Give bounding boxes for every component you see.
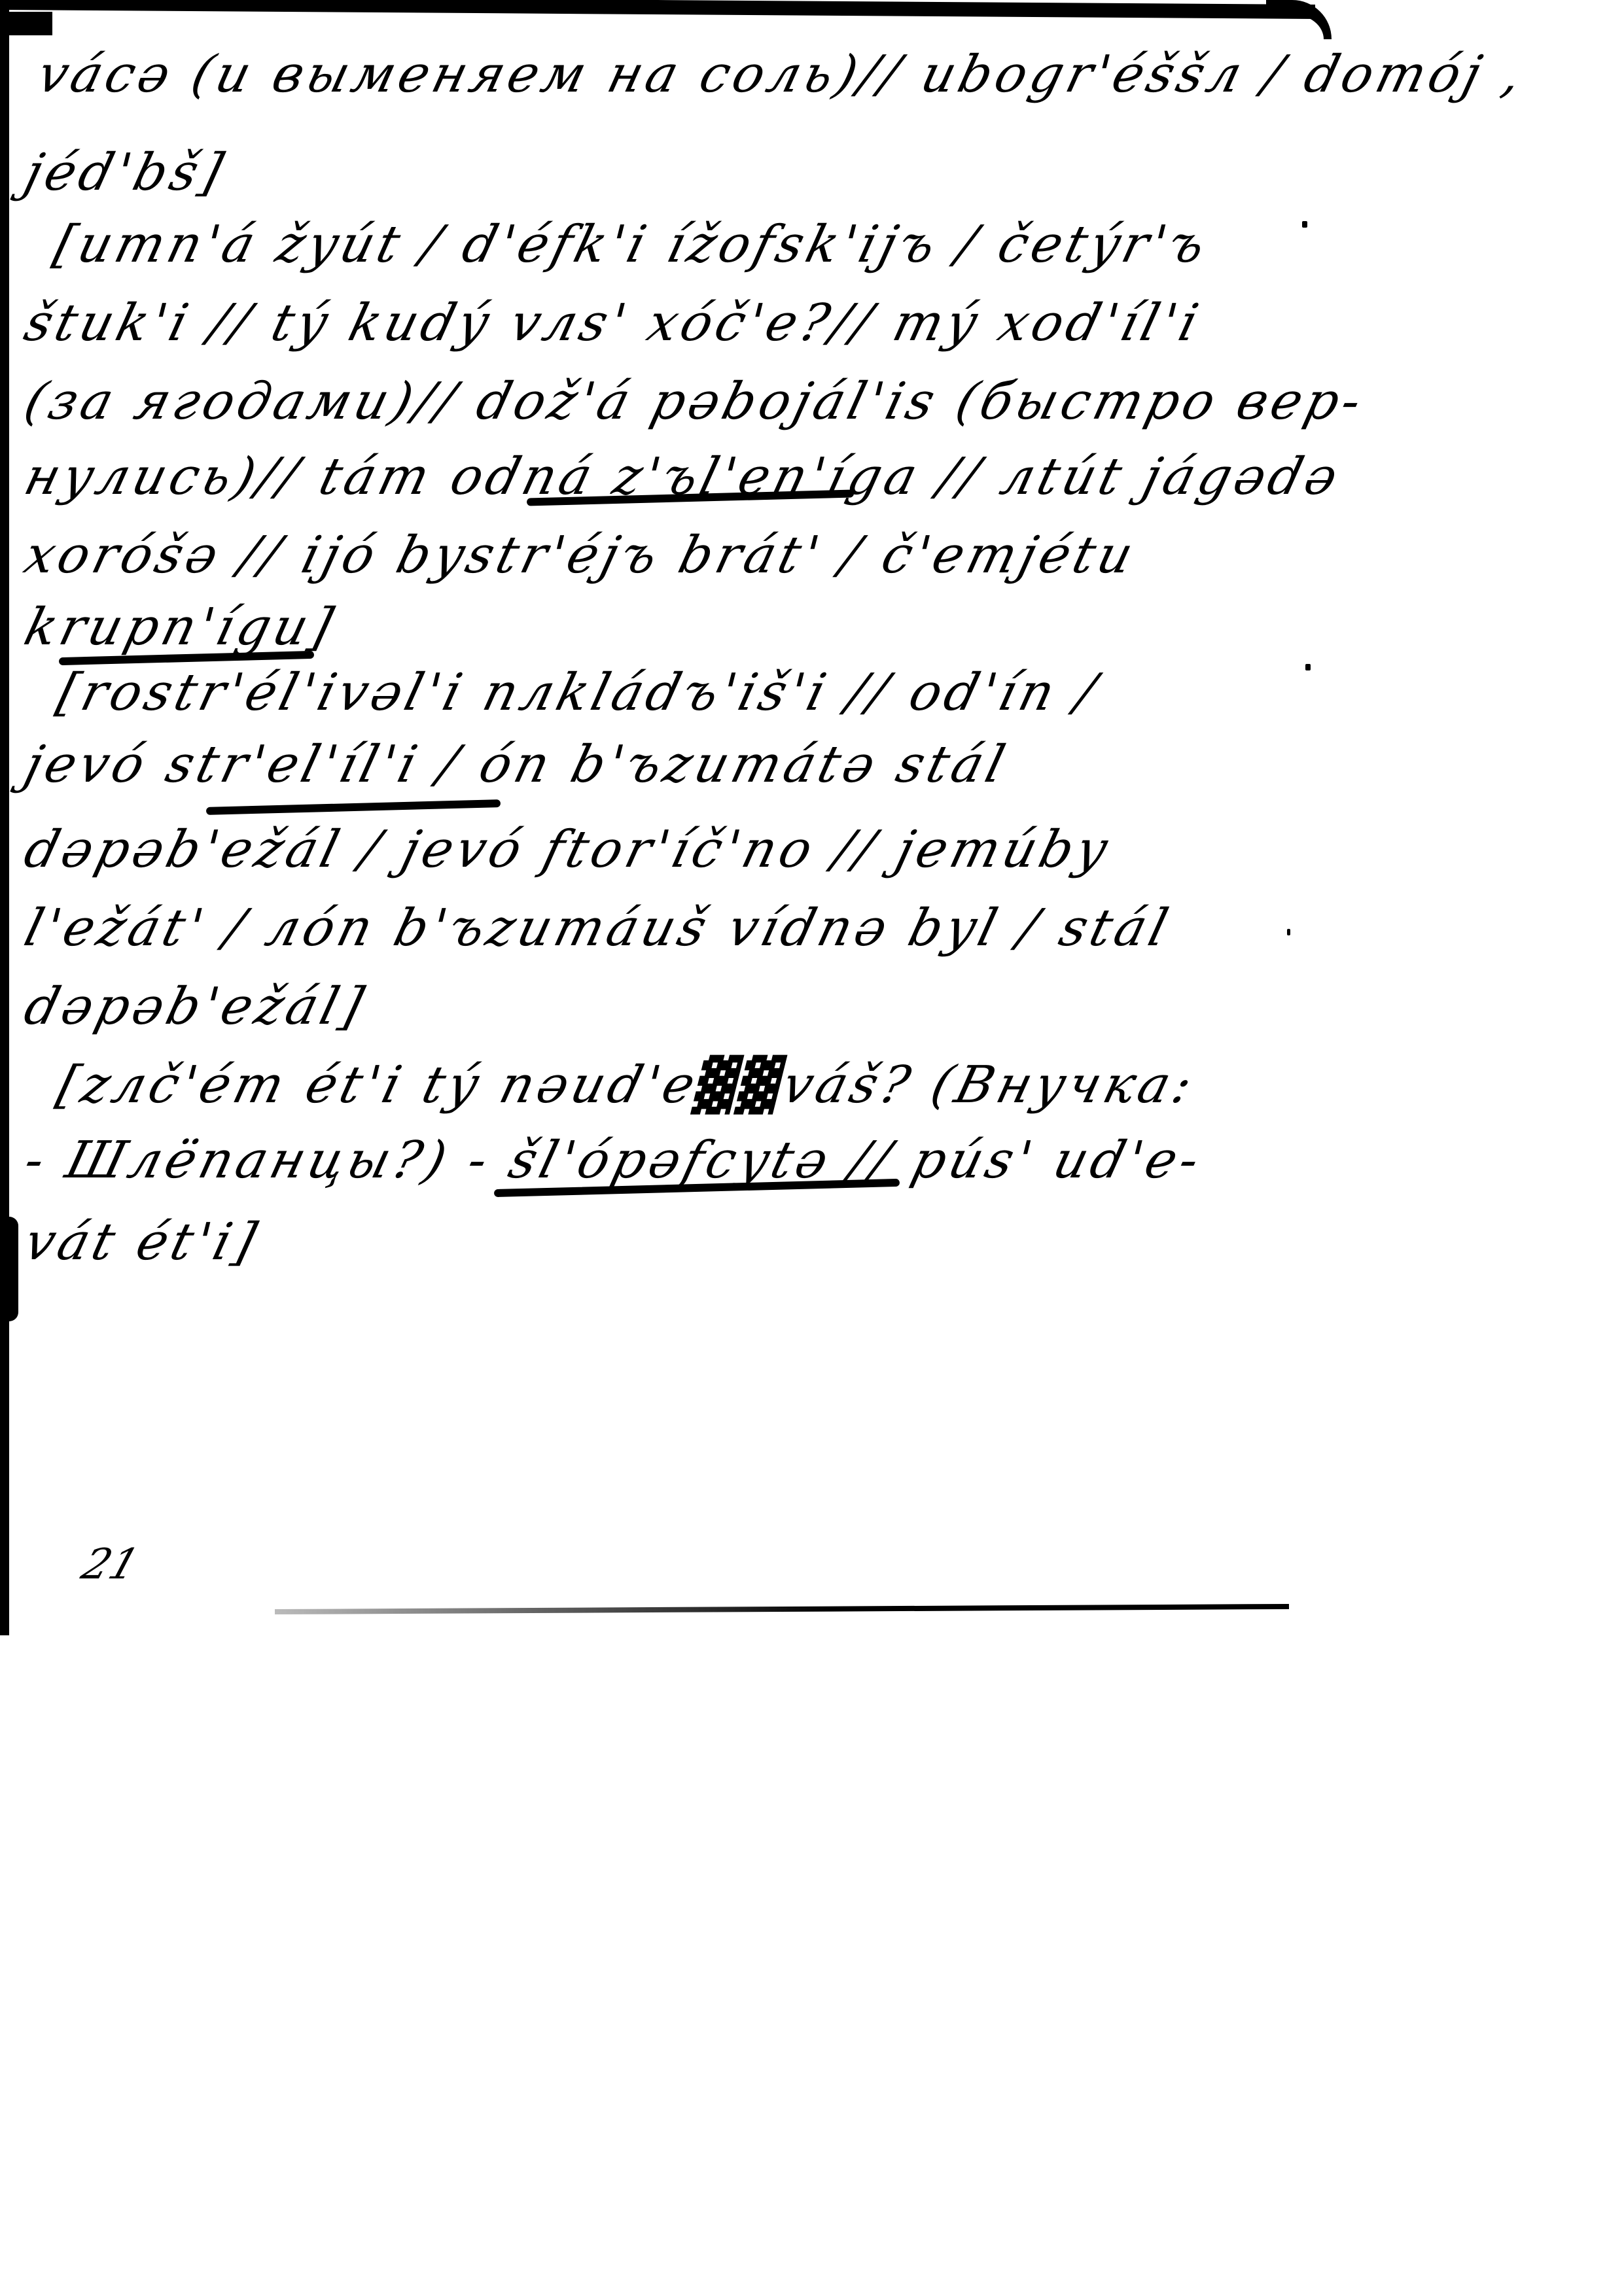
scan-left-blob [0, 1217, 18, 1321]
scan-corner-edge [1266, 0, 1332, 39]
text-line-8: krupn'ígu] [20, 602, 341, 653]
text-line-13: dəpəb'ežál] [20, 981, 372, 1032]
margin-dot [1302, 221, 1307, 228]
margin-dot [1287, 929, 1290, 935]
footer-rule [275, 1604, 1289, 1614]
text-line-10: jevó str'el'íl'i / ón b'ъzumátə stál [20, 739, 1014, 790]
text-line-4: štuk'i // tý kudý vлs' xóč'e?// mý xod'í… [20, 298, 1207, 349]
scan-left-mark [0, 484, 7, 523]
text-line-12: l'ežát' / лón b'ъzumáuš vídnə byl / stál [20, 903, 1176, 954]
text-line-9: [rostr'él'ivəl'i nлkládъ'iš'i // od'ín / [52, 667, 1104, 718]
text-line-11: dəpəb'ežál / jevó ftor'íč'no // jemúby [20, 824, 1116, 875]
margin-dot [1305, 664, 1311, 670]
scan-left-edge [0, 0, 9, 1635]
text-line-1: vácə (и выменяем на соль)// ubogr'éššл /… [33, 49, 1530, 100]
text-line-14: [zлč'ém ét'i tý nəud'e▓▓váš? (Внучка: [52, 1060, 1201, 1111]
text-line-7: xoróšə // ijó bystr'éjъ brát' / č'emjétu [20, 530, 1142, 581]
text-line-3: [umn'á žyút / d'éfk'i ížofsk'ijъ / četýr… [49, 219, 1214, 270]
page-number: 21 [76, 1540, 145, 1589]
text-line-15: - Шлёпанцы?) - šl'ópəfcytə // pús' ud'e- [20, 1135, 1208, 1186]
underline-strelili [206, 799, 501, 815]
scan-top-edge [0, 0, 1315, 19]
text-line-2: jéd'bš] [20, 147, 232, 198]
text-line-16: vát ét'i] [20, 1217, 264, 1268]
text-line-5: (за ягодами)// dož'á pəbojál'is (быстро … [20, 376, 1370, 427]
